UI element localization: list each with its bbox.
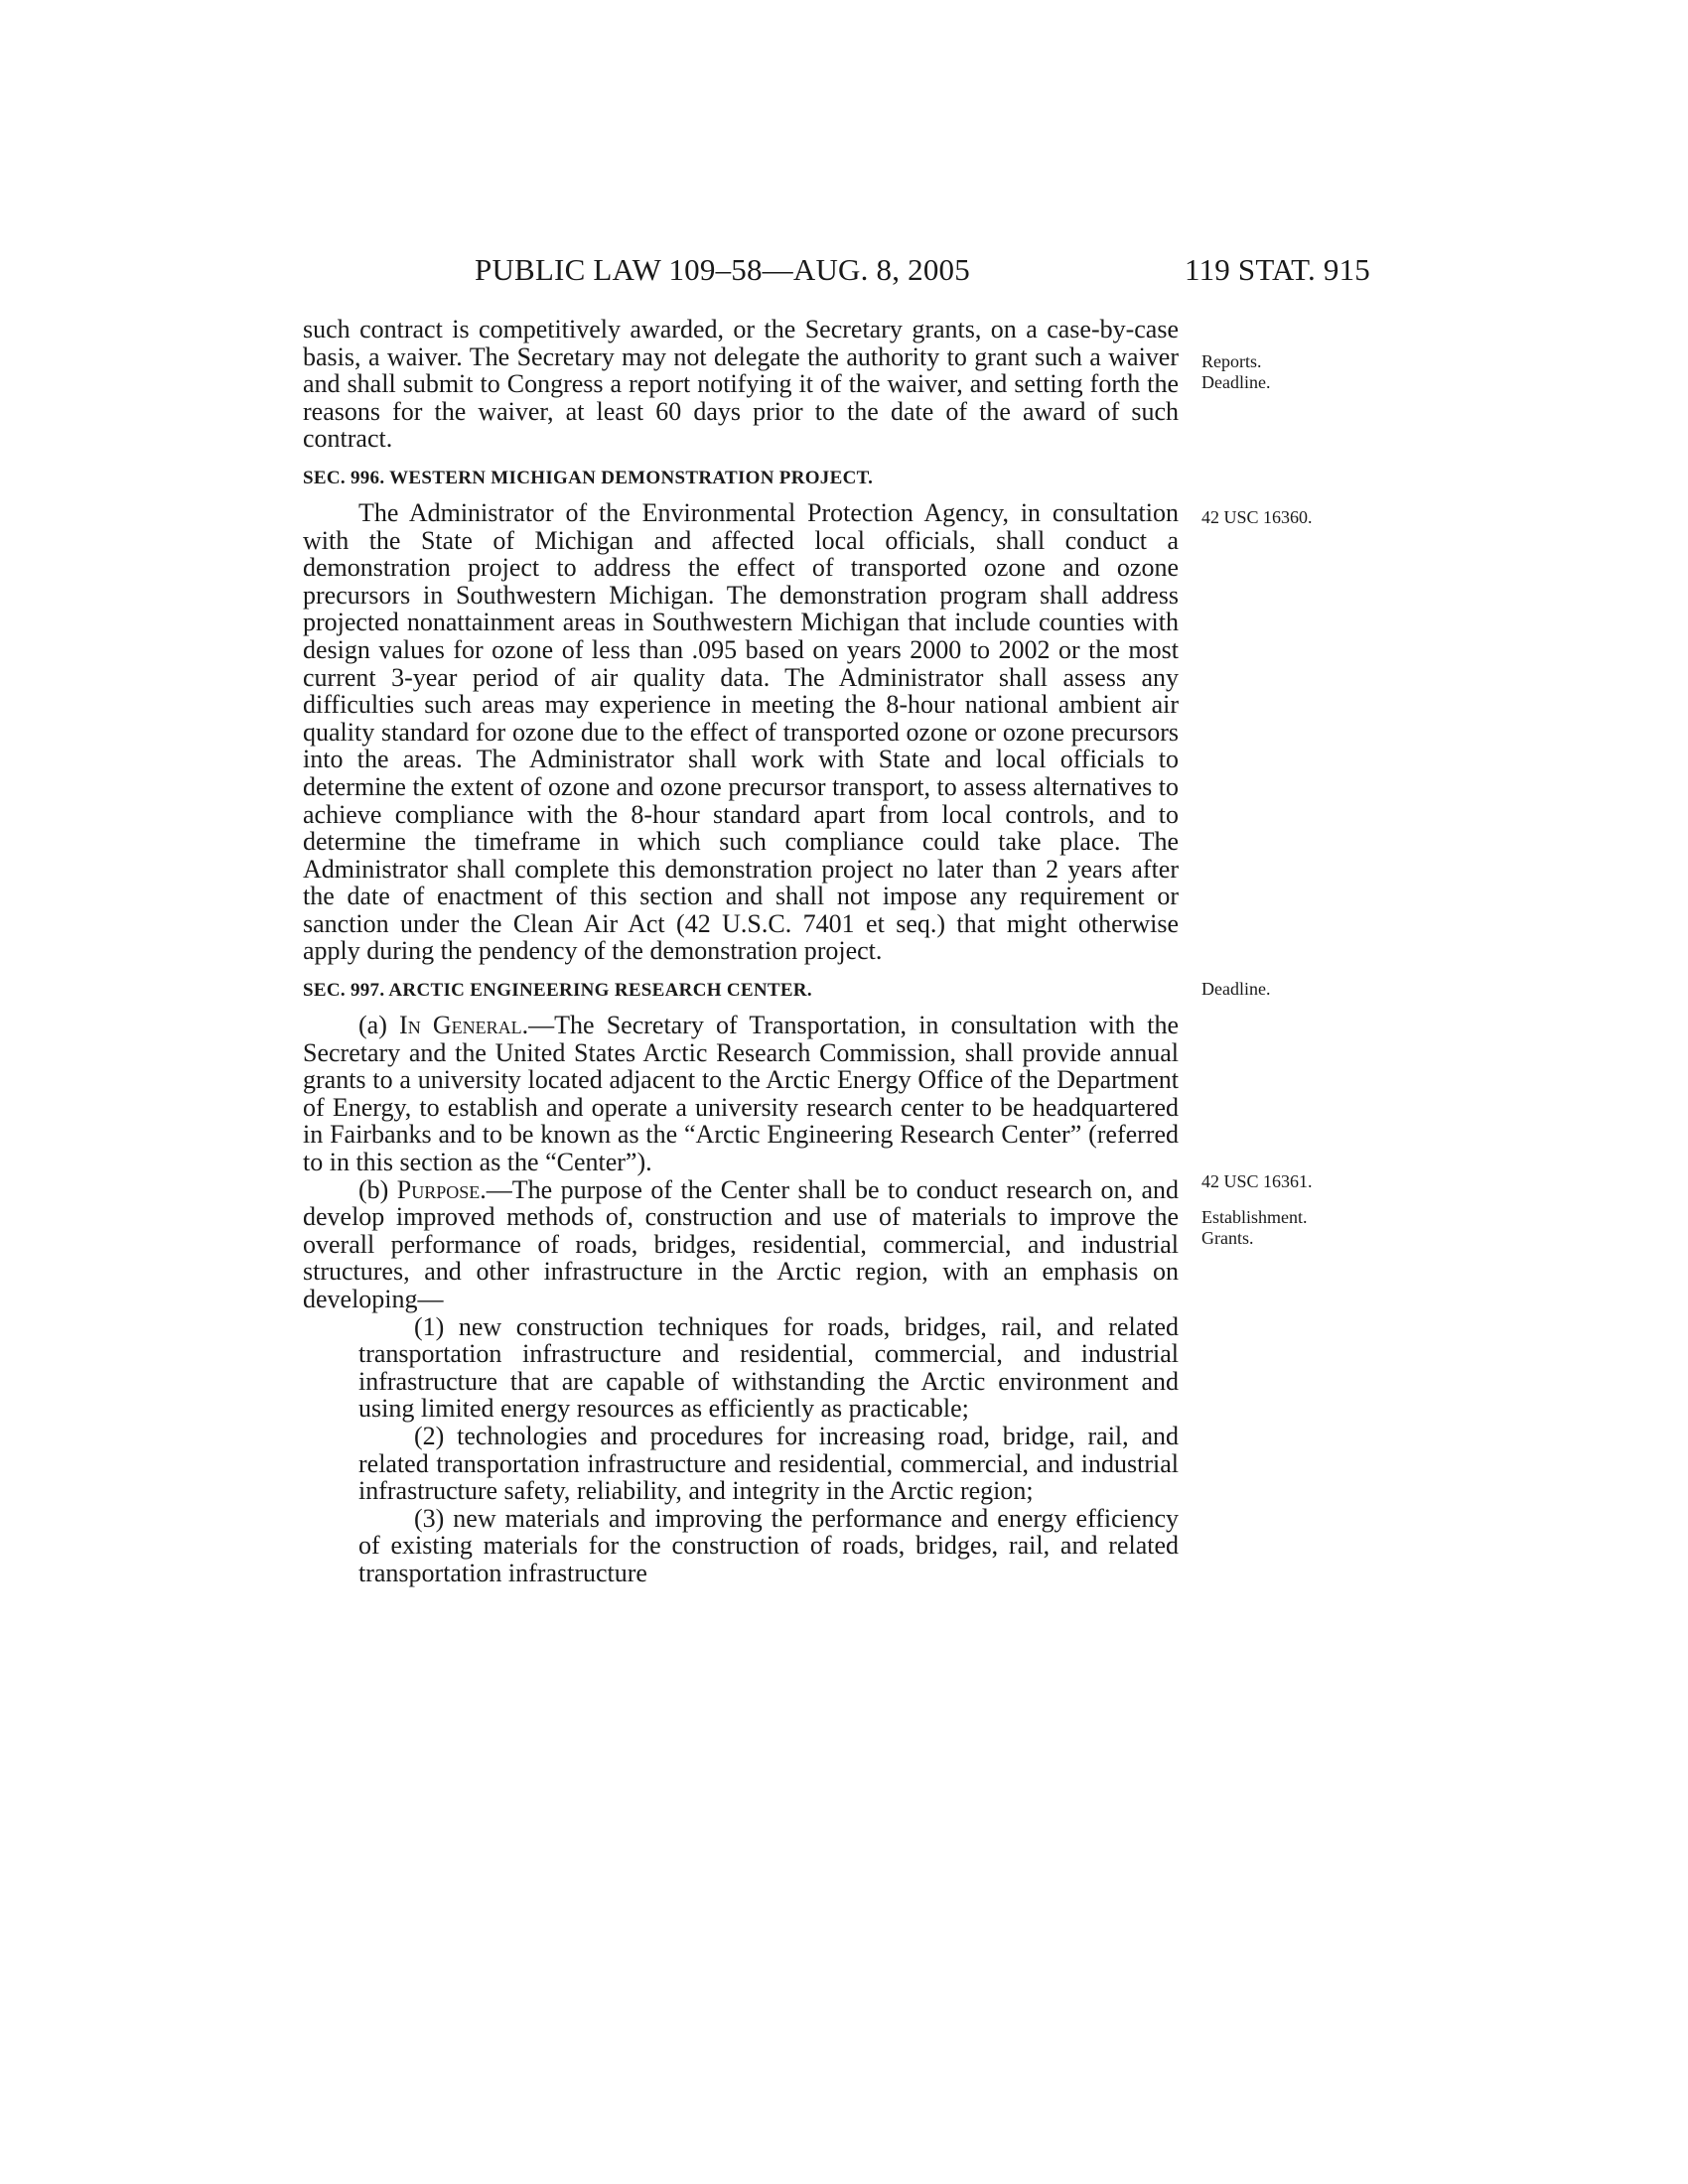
paragraph-item: (3) new materials and improving the perf… — [303, 1505, 1179, 1587]
margin-note-reports-deadline: Reports. Deadline. — [1201, 351, 1270, 393]
section-996-heading: SEC. 996. WESTERN MICHIGAN DEMONSTRATION… — [303, 467, 1179, 490]
subsection-b-label: (b) — [358, 1175, 397, 1204]
margin-note-deadline: Deadline. — [1201, 372, 1270, 393]
margin-note-establishment-grants: Establishment. Grants. — [1201, 1207, 1308, 1249]
section-996-paragraph: The Administrator of the Environmental P… — [303, 499, 1179, 965]
margin-note-reports: Reports. — [1201, 351, 1270, 372]
running-head: PUBLIC LAW 109–58—AUG. 8, 2005 119 STAT.… — [475, 252, 1370, 292]
margin-note-usc-16360: 42 USC 16360. — [1201, 507, 1313, 528]
opening-paragraph: such contract is competitively awarded, … — [303, 316, 1179, 453]
statute-page-number: 119 STAT. 915 — [1185, 252, 1370, 288]
paragraph-item: (2) technologies and procedures for incr… — [303, 1423, 1179, 1505]
paragraph-item: (1) new construction techniques for road… — [303, 1313, 1179, 1423]
public-law-citation: PUBLIC LAW 109–58—AUG. 8, 2005 — [475, 252, 970, 288]
body-text: such contract is competitively awarded, … — [303, 316, 1179, 1587]
margin-note-grants: Grants. — [1201, 1228, 1308, 1249]
subsection-a-title: In General — [399, 1011, 522, 1039]
subsection-b-title: Purpose — [397, 1175, 480, 1204]
margin-note-usc-16361: 42 USC 16361. — [1201, 1171, 1313, 1192]
section-997-heading: SEC. 997. ARCTIC ENGINEERING RESEARCH CE… — [303, 979, 1179, 1003]
margin-note-establishment: Establishment. — [1201, 1207, 1308, 1228]
subsection-a: (a) In General.—The Secretary of Transpo… — [303, 1012, 1179, 1176]
subsection-b: (b) Purpose.—The purpose of the Center s… — [303, 1176, 1179, 1313]
document-page: PUBLIC LAW 109–58—AUG. 8, 2005 119 STAT.… — [0, 0, 1688, 2184]
subsection-a-label: (a) — [358, 1011, 399, 1039]
margin-note-deadline: Deadline. — [1201, 979, 1270, 1000]
